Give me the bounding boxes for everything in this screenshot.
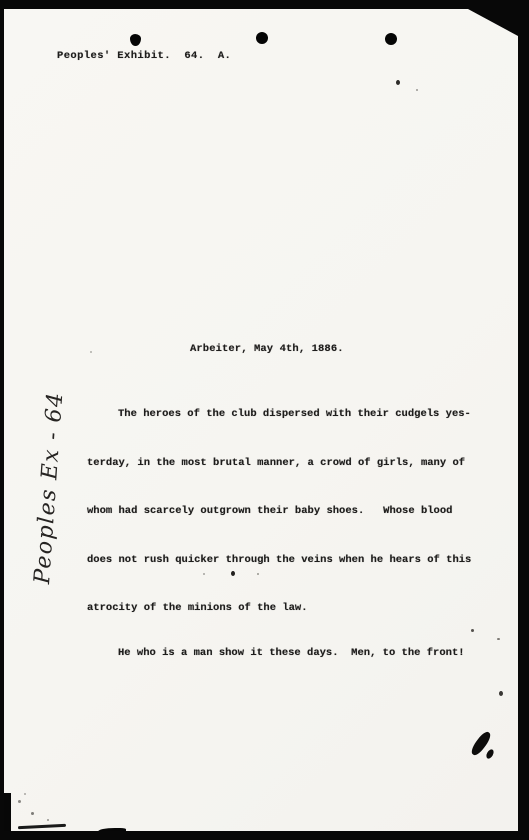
scanned-document: Peoples' Exhibit. 64. A. Arbeiter, May 4… (0, 0, 529, 840)
paper-speck (396, 80, 400, 85)
paper-speck (499, 691, 503, 696)
ink-smudge (485, 748, 495, 760)
paper-speck (31, 812, 34, 815)
scan-edge-artifact (18, 824, 66, 830)
paper-speck (203, 573, 205, 575)
paper-speck (24, 793, 26, 795)
body-line: atrocity of the minions of the law. (87, 596, 471, 621)
paper-sheet: Peoples' Exhibit. 64. A. Arbeiter, May 4… (4, 9, 518, 831)
article-body: The heroes of the club dispersed with th… (87, 378, 471, 690)
scan-edge-artifact (98, 828, 126, 834)
body-line: does not rush quicker through the veins … (87, 548, 471, 573)
exhibit-label: Peoples' Exhibit. 64. A. (57, 50, 231, 62)
paper-speck (416, 89, 418, 91)
paper-speck (90, 351, 92, 353)
body-line: The heroes of the club dispersed with th… (87, 402, 471, 427)
scan-edge-artifact (4, 793, 11, 840)
body-line: He who is a man show it these days. Men,… (87, 641, 471, 666)
paper-speck (497, 638, 500, 640)
punch-hole (130, 34, 141, 46)
paper-speck (47, 819, 49, 821)
body-line: whom had scarcely outgrown their baby sh… (87, 499, 471, 524)
paper-speck (257, 573, 259, 575)
paper-speck (471, 629, 474, 632)
article-heading: Arbeiter, May 4th, 1886. (190, 343, 344, 355)
paper-speck (18, 800, 21, 803)
handwritten-margin-note: Peoples Ex - 64 (30, 393, 79, 585)
body-line: terday, in the most brutal manner, a cro… (87, 451, 471, 476)
punch-hole (385, 33, 397, 45)
paper-speck (231, 571, 235, 576)
punch-hole (256, 32, 268, 44)
